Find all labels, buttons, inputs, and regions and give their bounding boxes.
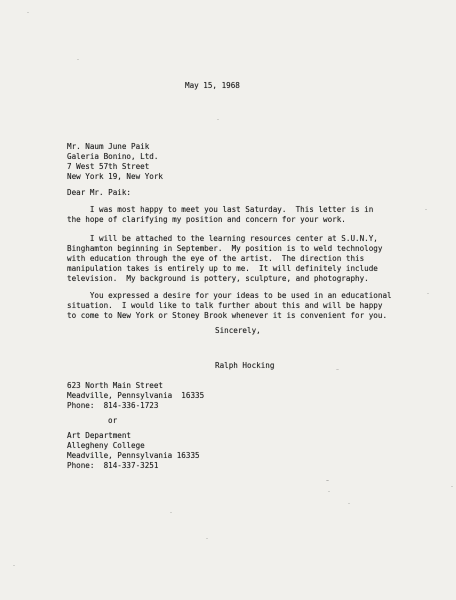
letter-page: May 15, 1968 Mr. Naum June Paik Galeria … (0, 0, 456, 600)
body-paragraph-1: I was most happy to meet you last Saturd… (67, 205, 373, 225)
scan-speck (77, 59, 79, 60)
scan-speck (13, 565, 15, 566)
scan-speck (348, 503, 350, 504)
address-separator: or (108, 416, 117, 426)
closing-valediction: Sincerely, (215, 326, 261, 336)
sender-home-address: 623 North Main Street Meadville, Pennsyl… (67, 381, 204, 411)
scan-speck (326, 480, 329, 481)
scan-speck (427, 293, 429, 294)
scan-speck (170, 512, 172, 513)
body-paragraph-3: You expressed a desire for your ideas to… (67, 291, 392, 321)
scan-speck (336, 369, 339, 370)
signature-name: Ralph Hocking (215, 361, 274, 371)
scan-speck (451, 486, 453, 487)
body-paragraph-2: I will be attached to the learning resou… (67, 234, 382, 284)
scan-speck (328, 491, 330, 492)
salutation: Dear Mr. Paik: (67, 188, 131, 198)
scan-speck (206, 538, 208, 539)
letter-date: May 15, 1968 (185, 81, 240, 91)
scan-speck (425, 209, 427, 210)
scan-speck (217, 119, 219, 120)
sender-work-address: Art Department Allegheny College Meadvil… (67, 431, 200, 471)
recipient-address: Mr. Naum June Paik Galeria Bonino, Ltd. … (67, 142, 163, 182)
scan-speck (27, 12, 29, 13)
